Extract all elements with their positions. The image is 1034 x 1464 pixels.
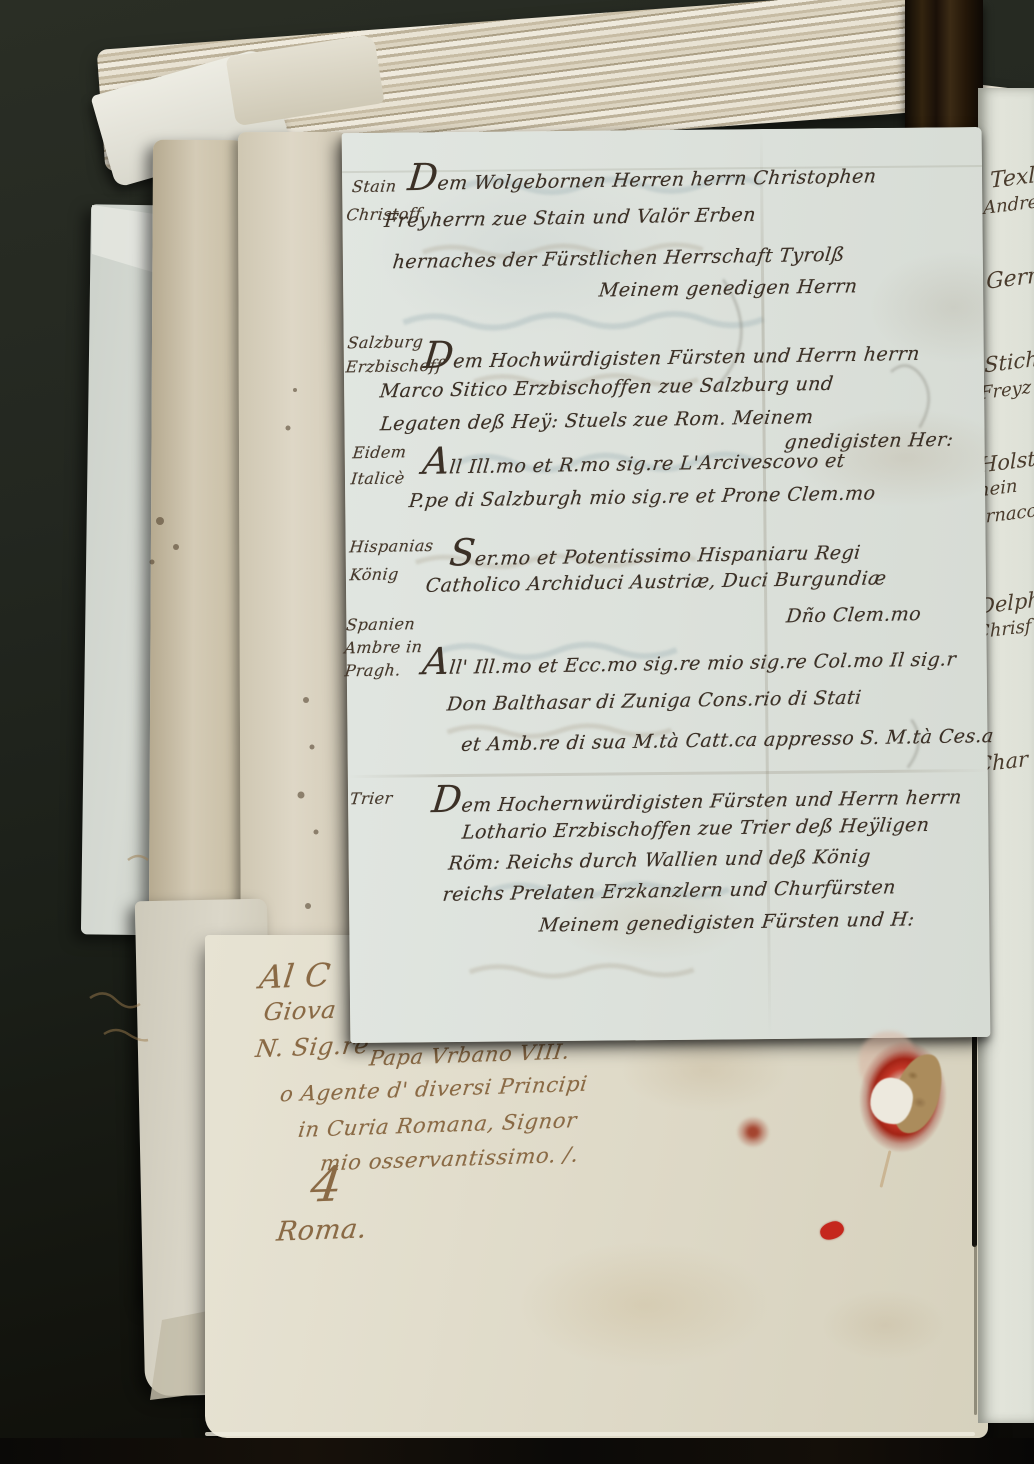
manuscript-line: Meinem genedigen Herrn: [598, 275, 859, 301]
text-fragment: ernaco: [978, 500, 1034, 529]
manuscript-line: Dño Clem.mo: [785, 603, 922, 627]
main-manuscript-page: Stain Christoff Dem Wolgebornen Herren h…: [342, 127, 991, 1043]
wax-smudge: [736, 1116, 770, 1148]
margin-label: Ambre in: [344, 637, 424, 657]
page-number: 4: [307, 1156, 345, 1213]
margin-label: Pragh.: [344, 660, 402, 680]
roma-line: Roma.: [275, 1213, 369, 1247]
margin-label: Spanien: [345, 614, 416, 634]
margin-label: Trier: [349, 788, 394, 808]
margin-label: König: [349, 564, 400, 584]
text-fragment: Texl: [990, 163, 1034, 194]
margin-label: Stain: [351, 176, 397, 196]
manuscript-photo: Al C Giova N. Sig.re Papa Vrbano VIII. o…: [0, 0, 1034, 1464]
wax-seal: [849, 1028, 958, 1165]
address-line: Al C: [257, 956, 332, 996]
text-fragment: Stich: [984, 347, 1034, 378]
text-fragment: Freyz: [980, 377, 1031, 404]
sheet-edge-highlight: [205, 1432, 975, 1436]
address-line: in Curia Romana, Signor: [297, 1108, 579, 1142]
text-fragment: Andrea: [983, 190, 1034, 219]
margin-label: Salzburg: [347, 332, 425, 352]
margin-label: Hispanias: [349, 536, 435, 556]
margin-label: Italicè: [350, 468, 406, 488]
address-line: Papa Vrbano VIII.: [368, 1040, 571, 1071]
address-line: o Agente d' diversi Principi: [279, 1072, 589, 1107]
page-gap-shadow: [972, 1035, 977, 1247]
table-shadow-band: [0, 1438, 1034, 1464]
address-line: mio osservantissimo. /.: [319, 1143, 580, 1176]
text-fragment: Delph: [978, 587, 1034, 619]
page-gap-crease: [974, 1245, 977, 1415]
text-fragment: Germ: [986, 262, 1034, 295]
text-fragment: Holst: [979, 446, 1034, 477]
margin-label: Eidem: [352, 442, 408, 462]
address-line: Giova: [262, 996, 338, 1027]
